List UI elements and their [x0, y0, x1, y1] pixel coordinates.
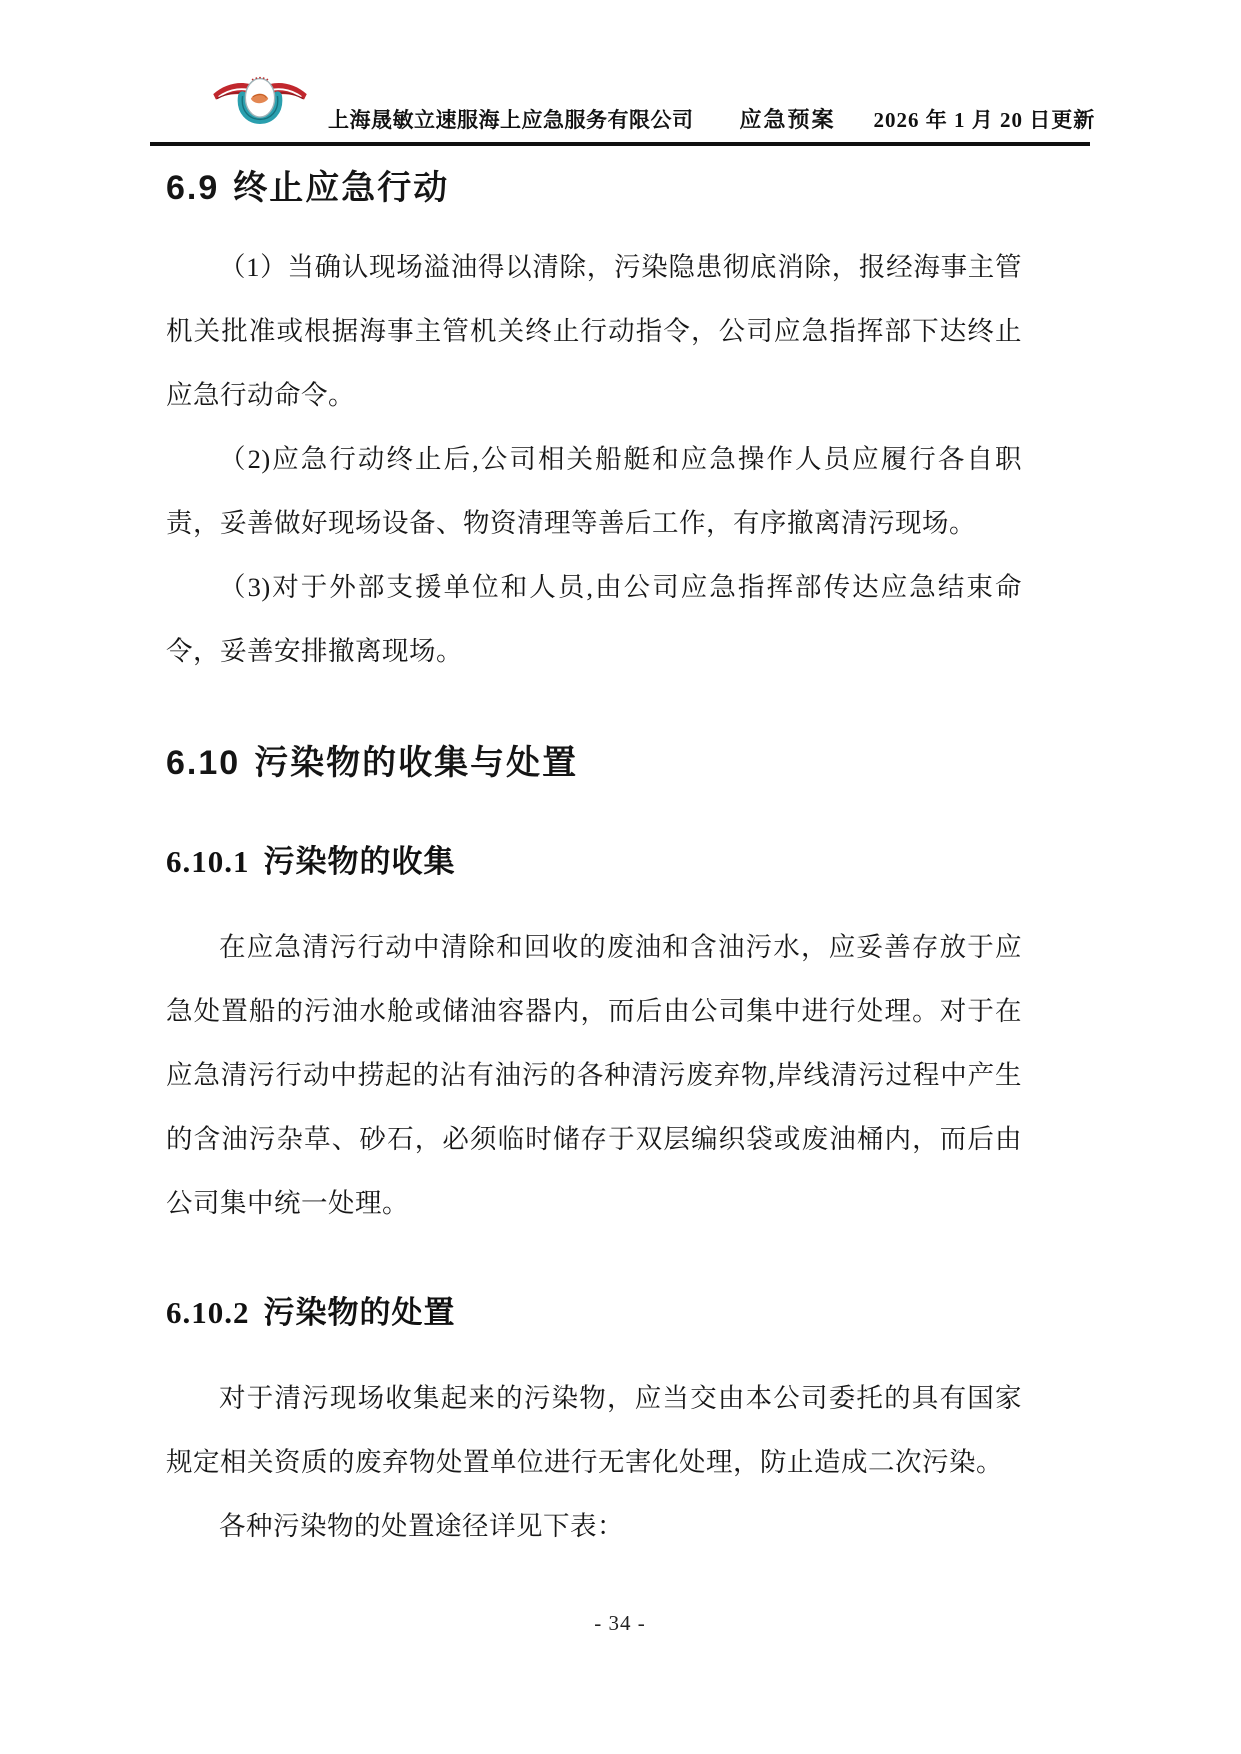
- section-heading-6-9: 6.9终止应急行动: [166, 160, 1022, 209]
- document-content: 6.9终止应急行动 （1）当确认现场溢油得以清除，污染隐患彻底消除，报经海事主管…: [166, 160, 1022, 1558]
- paragraph: 各种污染物的处置途径详见下表：: [166, 1494, 1022, 1558]
- document-sheet: 上海晟敏立速服海上应急服务有限公司 应急预案 2026 年 1 月 20 日更新…: [150, 0, 1090, 1754]
- section-title: 污染物的收集: [264, 844, 456, 879]
- section-title: 污染物的处置: [264, 1295, 456, 1330]
- header-text-row: 上海晟敏立速服海上应急服务有限公司 应急预案 2026 年 1 月 20 日更新: [328, 103, 1095, 134]
- section-number: 6.10: [166, 744, 240, 782]
- section-6-10-1-body: 在应急清污行动中清除和回收的废油和含油污水，应妥善存放于应急处置船的污油水舱或储…: [166, 915, 1022, 1235]
- paragraph: 在应急清污行动中清除和回收的废油和含油污水，应妥善存放于应急处置船的污油水舱或储…: [166, 915, 1022, 1235]
- section-title: 污染物的收集与处置: [254, 744, 578, 782]
- section-number: 6.9: [166, 169, 219, 207]
- section-6-9-body: （1）当确认现场溢油得以清除，污染隐患彻底消除，报经海事主管机关批准或根据海事主…: [166, 235, 1022, 683]
- company-name: 上海晟敏立速服海上应急服务有限公司: [328, 104, 694, 134]
- page-header: 上海晟敏立速服海上应急服务有限公司 应急预案 2026 年 1 月 20 日更新: [150, 0, 1090, 146]
- section-number: 6.10.1: [166, 844, 250, 879]
- section-6-10-2-body: 对于清污现场收集起来的污染物，应当交由本公司委托的具有国家规定相关资质的废弃物处…: [166, 1366, 1022, 1558]
- section-heading-6-10: 6.10污染物的收集与处置: [166, 735, 1022, 784]
- section-heading-6-10-1: 6.10.1污染物的收集: [166, 836, 1022, 881]
- section-heading-6-10-2: 6.10.2污染物的处置: [166, 1287, 1022, 1332]
- page-number: - 34 -: [150, 1611, 1090, 1636]
- paragraph: 对于清污现场收集起来的污染物，应当交由本公司委托的具有国家规定相关资质的废弃物处…: [166, 1366, 1022, 1494]
- section-title: 终止应急行动: [233, 169, 449, 207]
- paragraph: （2)应急行动终止后,公司相关船艇和应急操作人员应履行各自职责，妥善做好现场设备…: [166, 427, 1022, 555]
- document-page: { "header": { "logo": "maritime-wings-em…: [0, 0, 1241, 1754]
- section-number: 6.10.2: [166, 1295, 250, 1330]
- paragraph: （3)对于外部支援单位和人员,由公司应急指挥部传达应急结束命令，妥善安排撤离现场…: [166, 555, 1022, 683]
- doc-type-label: 应急预案: [740, 103, 836, 134]
- company-logo-icon: [208, 74, 312, 140]
- paragraph: （1）当确认现场溢油得以清除，污染隐患彻底消除，报经海事主管机关批准或根据海事主…: [166, 235, 1022, 427]
- update-date: 2026 年 1 月 20 日更新: [874, 104, 1096, 134]
